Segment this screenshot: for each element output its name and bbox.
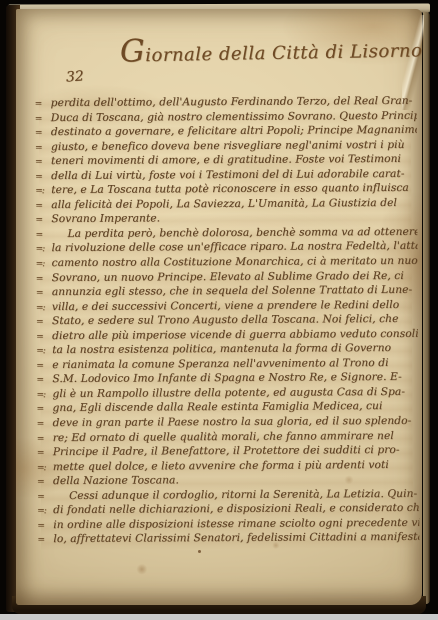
margin-quote-mark: = xyxy=(36,272,52,286)
margin-quote-mark: = xyxy=(35,213,51,227)
ink-blot xyxy=(198,550,201,553)
page-header: 32 Giornale della Città di Lisorno xyxy=(16,9,422,95)
manuscript-line: =: mette quel dolce, e lieto avvenire ch… xyxy=(37,458,419,475)
manuscript-line-text: lo, affrettatevi Clarissimi Senatori, fe… xyxy=(53,530,419,547)
margin-quote-mark: =: xyxy=(36,388,52,402)
photo-frame: 32 Giornale della Città di Lisorno = per… xyxy=(0,0,438,620)
manuscript-line-text: della Nazione Toscana. xyxy=(53,474,179,489)
margin-quote-mark: = xyxy=(35,126,51,140)
margin-quote-mark: = xyxy=(37,417,53,431)
page-number: 32 xyxy=(65,68,84,85)
margin-quote-mark: = xyxy=(35,141,51,155)
margin-quote-mark: = xyxy=(36,315,52,329)
margin-quote-mark: = xyxy=(35,170,51,184)
margin-quote-mark: = xyxy=(37,446,53,460)
margin-quote-mark: =: xyxy=(36,301,52,315)
margin-quote-mark: = xyxy=(37,490,53,504)
margin-quote-mark: =: xyxy=(36,243,52,257)
margin-quote-mark: = xyxy=(37,475,53,489)
margin-quote-mark: = xyxy=(37,533,53,547)
margin-quote-mark: = xyxy=(35,112,51,126)
margin-quote-mark: =: xyxy=(37,504,53,518)
margin-quote-mark: = xyxy=(36,330,52,344)
margin-quote-mark: =: xyxy=(36,344,52,358)
manuscript-line: = lo, affrettatevi Clarissimi Senatori, … xyxy=(37,530,419,547)
manuscript-line: = alla felicità dei Popoli, La Saviezza,… xyxy=(35,196,417,213)
margin-quote-mark: = xyxy=(35,155,51,169)
margin-quote-mark: = xyxy=(35,199,51,213)
margin-quote-mark: =: xyxy=(35,184,51,198)
margin-quote-mark: = xyxy=(36,373,52,387)
manuscript-page: 32 Giornale della Città di Lisorno = per… xyxy=(16,9,422,605)
margin-quote-mark: =: xyxy=(37,461,53,475)
manuscript-line-text: mette quel dolce, e lieto avvenire che f… xyxy=(53,458,389,475)
next-page-edge xyxy=(423,12,430,604)
margin-quote-mark: =: xyxy=(36,257,52,271)
margin-quote-mark: = xyxy=(37,519,53,533)
photo-background-strip xyxy=(0,614,438,620)
manuscript-line-text: Sovrano Imperante. xyxy=(51,212,160,227)
margin-quote-mark: = xyxy=(35,97,51,111)
margin-quote-mark: = xyxy=(37,432,53,446)
manuscript-body: = perdita dell'ottimo, dell'Augusto Ferd… xyxy=(35,94,420,547)
margin-quote-mark: = xyxy=(36,403,52,417)
margin-quote-mark: = xyxy=(35,228,51,242)
margin-quote-mark: = xyxy=(36,359,52,373)
page-title: Giornale della Città di Lisorno xyxy=(120,40,420,66)
margin-quote-mark: = xyxy=(36,286,52,300)
manuscript-line-text: alla felicità dei Popoli, La Saviezza, L… xyxy=(51,196,397,213)
